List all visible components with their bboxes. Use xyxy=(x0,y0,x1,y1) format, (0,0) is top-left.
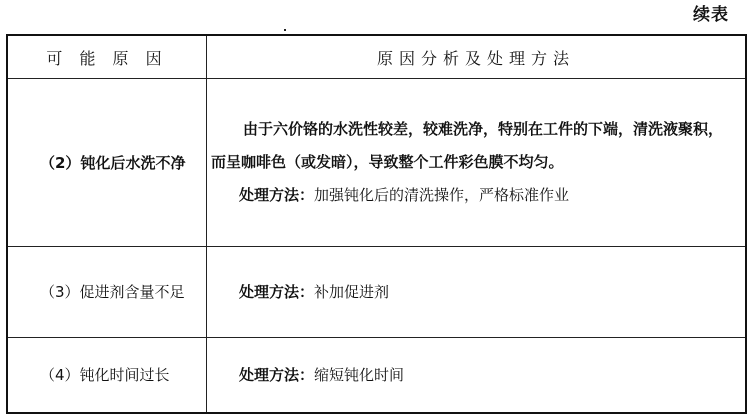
cause-cell: （2）钝化后水洗不净 xyxy=(7,79,207,247)
table-row: （2）钝化后水洗不净 由于六价铬的水洗性较差，较难洗净，特别在工件的下端，清洗液… xyxy=(7,79,746,247)
method-value: 补加促进剂 xyxy=(314,283,389,301)
analysis-cell: 处理方法：缩短钝化时间 xyxy=(207,338,747,414)
analysis-text: 由于六价铬的水洗性较差，较难洗净，特别在工件的下端，清洗液聚积，而呈咖啡色（或发… xyxy=(211,113,735,179)
method-label: 处理方法： xyxy=(239,283,314,301)
scan-speck xyxy=(284,29,286,31)
method-label: 处理方法： xyxy=(239,366,314,384)
header-possible-cause: 可 能 原 因 xyxy=(7,35,207,79)
cause-analysis-table: 可 能 原 因 原因分析及处理方法 （2）钝化后水洗不净 由于六价铬的水洗性较差… xyxy=(6,34,747,414)
analysis-cell: 处理方法：补加促进剂 xyxy=(207,247,747,338)
cause-cell: （3）促进剂含量不足 xyxy=(7,247,207,338)
table-header-row: 可 能 原 因 原因分析及处理方法 xyxy=(7,35,746,79)
header-analysis-method: 原因分析及处理方法 xyxy=(207,35,747,79)
table-row: （4）钝化时间过长 处理方法：缩短钝化时间 xyxy=(7,338,746,414)
treatment-method: 处理方法：加强钝化后的清洗操作，严格标准作业 xyxy=(211,179,735,212)
cause-cell: （4）钝化时间过长 xyxy=(7,338,207,414)
method-value: 缩短钝化时间 xyxy=(314,366,404,384)
table-row: （3）促进剂含量不足 处理方法：补加促进剂 xyxy=(7,247,746,338)
treatment-method: 处理方法：补加促进剂 xyxy=(211,276,735,309)
method-value: 加强钝化后的清洗操作，严格标准作业 xyxy=(314,186,569,204)
method-label: 处理方法： xyxy=(239,186,314,204)
table-continued-caption: 续表 xyxy=(693,0,729,25)
analysis-cell: 由于六价铬的水洗性较差，较难洗净，特别在工件的下端，清洗液聚积，而呈咖啡色（或发… xyxy=(207,79,747,247)
treatment-method: 处理方法：缩短钝化时间 xyxy=(211,359,735,392)
